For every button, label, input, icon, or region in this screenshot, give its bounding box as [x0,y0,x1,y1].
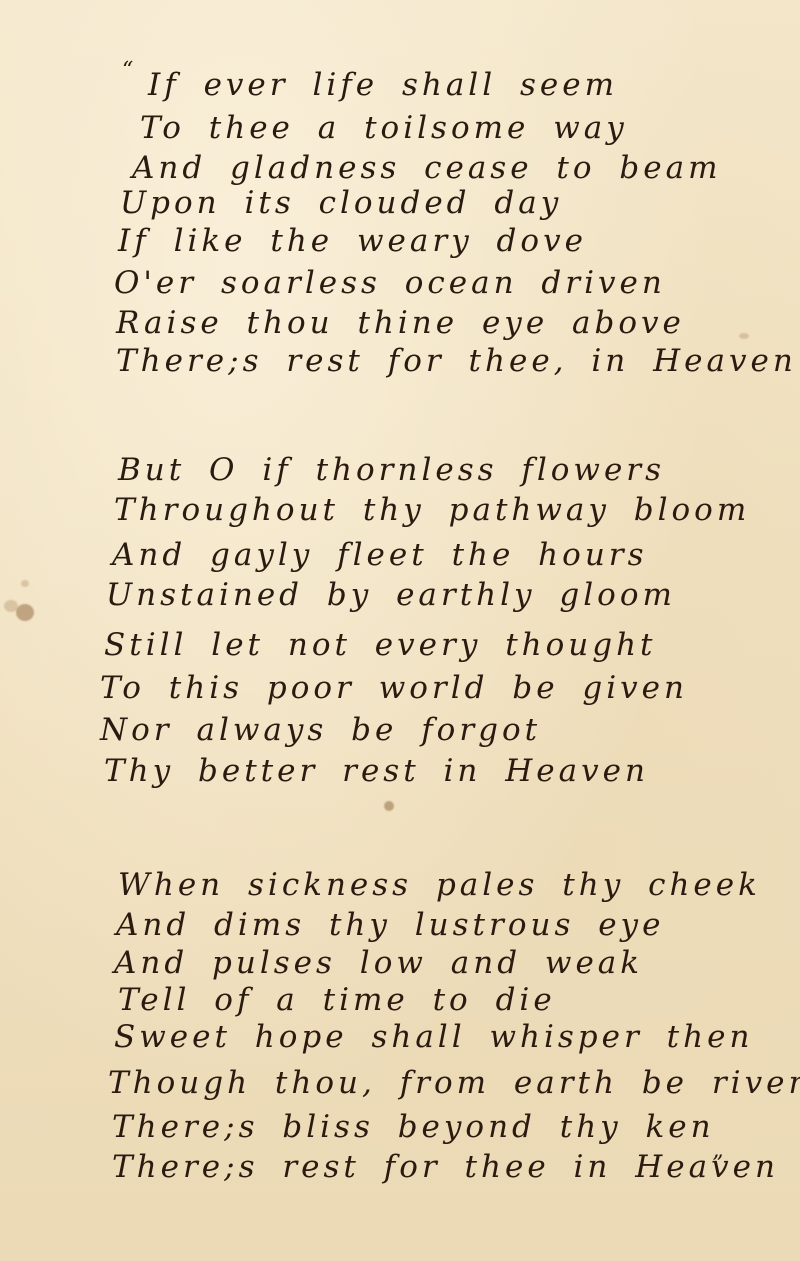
opening-quote: “ [122,58,133,83]
poem-line: There;s rest for thee in Heaven [112,1152,779,1183]
ink-stain [4,600,18,612]
ink-stain [16,604,34,621]
poem-line: Unstained by earthly gloom [106,580,676,611]
poem-line: Sweet hope shall whisper then [114,1022,753,1053]
poem-line: And gladness cease to beam [132,153,721,184]
poem-line: To this poor world be given [100,673,688,704]
poem-line: There;s rest for thee, in Heaven [116,346,797,377]
poem-line: When sickness pales thy cheek [118,870,761,901]
poem-line: If ever life shall seem [148,70,618,101]
poem-line: But O if thornless flowers [118,455,665,486]
poem-line: Upon its clouded day [120,188,562,219]
poem-line: And pulses low and weak [114,948,643,979]
poem-line: There;s bliss beyond thy ken [112,1112,715,1143]
poem-line: Raise thou thine eye above [116,308,685,339]
ink-stain [384,801,394,811]
closing-quote: ” [712,1152,723,1177]
poem-line: Thy better rest in Heaven [104,756,649,787]
poem-line: Throughout thy pathway bloom [114,495,750,526]
poem-line: To thee a toilsome way [140,113,628,144]
poem-line: Still let not every thought [104,630,657,661]
ink-stain [21,580,29,587]
poem-line: Tell of a time to die [118,985,556,1016]
poem-line: O'er soarless ocean driven [114,268,666,299]
poem-line: And gayly fleet the hours [112,540,648,571]
poem-line: And dims thy lustrous eye [116,910,664,941]
poem-line: If like the weary dove [118,226,587,257]
poem-line: Nor always be forgot [100,715,541,746]
manuscript-page: “ If ever life shall seem To thee a toil… [0,0,800,1261]
poem-line: Though thou, from earth be riven [108,1068,800,1099]
ink-stain [739,333,749,339]
